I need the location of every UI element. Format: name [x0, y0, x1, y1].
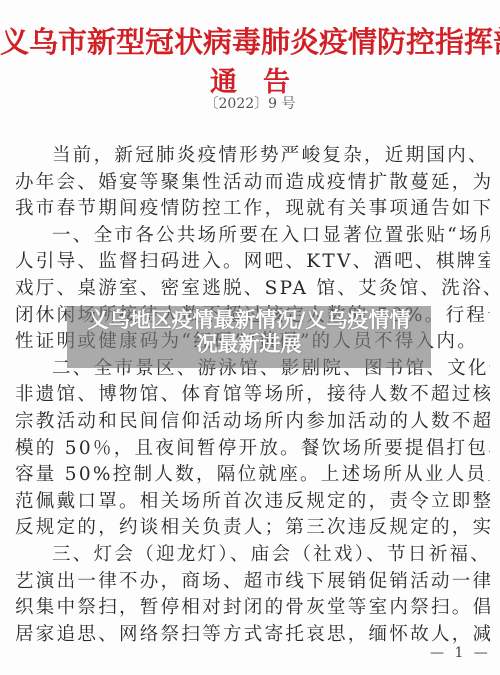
body-line: 当前，新冠肺炎疫情形势严峻复杂，近期国内、省内多地因举: [15, 143, 490, 170]
caption-line-2: 况最新进展: [67, 332, 431, 356]
caption-overlay-title: 义乌地区疫情最新情况/义乌疫情情 况最新进展: [67, 308, 431, 356]
body-line: 反规定的，约谈相关负责人；第三次违反规定的，实行停业整顿。: [15, 515, 490, 542]
body-line: 三、灯会（迎龙灯）、庙会（社戏）、节日祈福、展会、大型文: [15, 542, 490, 569]
page-number: — 1 —: [430, 645, 491, 661]
body-line: 办年会、婚宴等聚集性活动而造成疫情扩散蔓延，为从严从紧做好: [15, 170, 490, 197]
body-line: 非遗馆、博物馆、体育馆等场所，接待人数不超过核定人数的 50％。: [15, 382, 490, 409]
document-body: 当前，新冠肺炎疫情形势严峻复杂，近期国内、省内多地因举 办年会、婚宴等聚集性活动…: [15, 143, 490, 648]
caption-line-1: 义乌地区疫情最新情况/义乌疫情情: [67, 308, 431, 332]
body-line: 织集中祭扫，暂停相对封闭的骨灰堂等室内祭扫。倡导线上吊唁、: [15, 595, 490, 622]
body-line: 我市春节期间疫情防控工作，现就有关事项通告如下：: [15, 196, 490, 223]
body-line: 容量 50%控制人数，隔位就座。上述场所从业人员上岗期间全程规: [15, 462, 490, 489]
body-line: 一、全市各公共场所要在入口显著位置张贴“场所码”，安排专: [15, 223, 490, 250]
body-line: 模的 50％，且夜间暂停开放。餐饮场所要提倡打包、减少堂食，按: [15, 436, 490, 463]
body-line: 人引导、监督扫码进入。网吧、KTV、酒吧、棋牌室、麻将馆、游: [15, 249, 490, 276]
body-line: 艺演出一律不办，商场、超市线下展销促销活动一律停办。暂停组: [15, 569, 490, 596]
body-line: 戏厅、桌游室、密室逃脱、SPA 馆、艾灸馆、洗浴、足浴场所等密: [15, 276, 490, 303]
body-line: 范佩戴口罩。相关场所首次违反规定的，责令立即整改；第二次违: [15, 489, 490, 516]
body-line: 宗教活动和民间信仰活动场所内参加活动的人数不超过场所容纳规: [15, 409, 490, 436]
document-title: 义乌市新型冠状病毒肺炎疫情防控指挥部: [0, 20, 500, 61]
document-number: 〔2022〕9 号: [0, 93, 500, 113]
body-line: 居家追思、网络祭扫等方式寄托哀思，缅怀故人，减少线下聚集。: [15, 622, 490, 649]
